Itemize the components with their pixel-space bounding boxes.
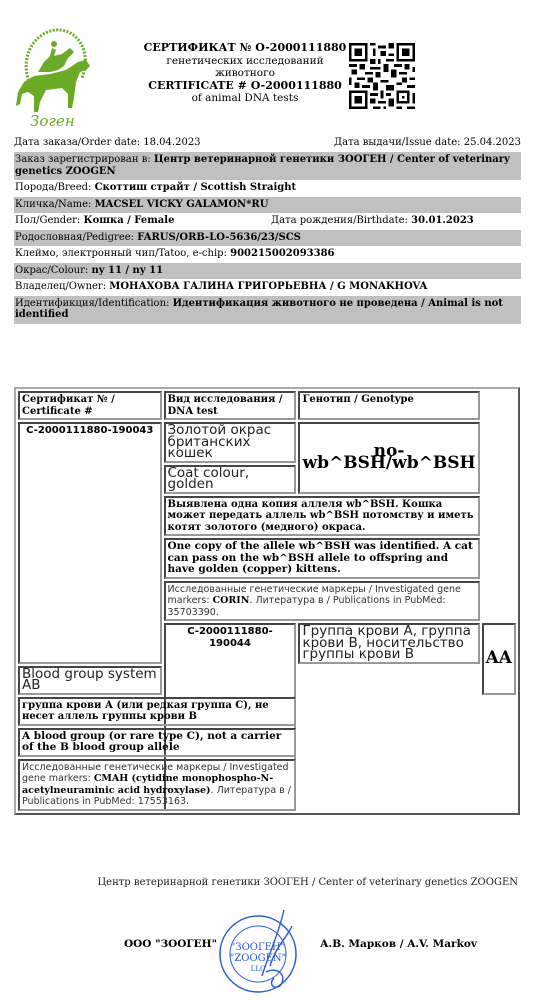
order-date: Дата заказа/Order date: 18.04.2023 [14, 137, 201, 148]
lab-name-footer: Центр ветеринарной генетики ЗООГЕН / Cen… [97, 877, 518, 888]
header-certificate: Сертификат № / Certificate # [18, 391, 162, 420]
test-name-en: Blood group system AB [18, 666, 162, 695]
animal-info: Заказ зарегистрирован в: Центр ветеринар… [14, 152, 521, 324]
table-row: группа крови А (или редкая группа С), не… [18, 697, 516, 726]
test-name-ru: Золотой окрас британских кошек [164, 422, 297, 463]
markers-info: Исследованные генетические маркеры / Inv… [18, 759, 296, 811]
table-row: C-2000111880-190043 Золотой окрас британ… [18, 422, 516, 463]
certificate-number-en: CERTIFICATE # O-2000111880 [135, 80, 355, 93]
owner-row: Владелец/Owner: МОНАХОВА ГАЛИНА ГРИГОРЬЕ… [14, 279, 521, 296]
pedigree-row: Родословная/Pedigree: FARUS/ORB-LO-5636/… [14, 230, 521, 247]
gender-birthdate-row: Пол/Gender: Кошка / Female Дата рождения… [14, 213, 521, 230]
header-genotype: Генотип / Genotype [298, 391, 479, 420]
gender-field: Пол/Gender: Кошка / Female [15, 215, 271, 227]
zoogen-logo-icon: Зоген [10, 22, 100, 132]
header-dna-test: Вид исследования / DNA test [164, 391, 297, 420]
result-en: One copy of the allele wb^BSH was identi… [164, 538, 480, 579]
markers-info: Исследованные генетические маркеры / Inv… [164, 581, 480, 622]
genotype-value: AA [482, 623, 516, 695]
certificate-subtitle-ru-1: генетических исследований [135, 55, 355, 68]
test-name-ru: Группа крови А, группа крови В, носитель… [298, 623, 479, 664]
certificate-header: Зоген СЕРТИФИКАТ № O-2000111880 генетиче… [0, 0, 540, 130]
certificate-number: C-2000111880-190043 [18, 422, 162, 664]
table-row: Исследованные генетические маркеры / Inv… [18, 759, 516, 811]
result-ru: группа крови А (или редкая группа С), не… [18, 697, 296, 726]
colour-row: Окрас/Colour: ny 11 / ny 11 [14, 263, 521, 280]
registered-row: Заказ зарегистрирован в: Центр ветеринар… [14, 152, 521, 180]
result-en: A blood group (or rare type C), not a ca… [18, 728, 296, 757]
identification-row: Идентификция/Identification: Идентификац… [14, 296, 521, 324]
issue-date: Дата выдачи/Issue date: 25.04.2023 [334, 137, 521, 148]
certificate-number-ru: СЕРТИФИКАТ № O-2000111880 [135, 42, 355, 55]
organization-name: ООО "ЗООГЕН" [124, 938, 217, 950]
results-table: Сертификат № / Certificate # Вид исследо… [14, 387, 520, 815]
table-row: A blood group (or rare type C), not a ca… [18, 728, 516, 757]
dates-row: Дата заказа/Order date: 18.04.2023 Дата … [14, 137, 521, 148]
result-ru: Выявлена одна копия аллеля wb^BSH. Кошка… [164, 496, 480, 537]
certificate-title-block: СЕРТИФИКАТ № O-2000111880 генетических и… [135, 42, 355, 105]
qr-code-icon [349, 43, 415, 109]
genotype-value: no-wb^BSH/wb^BSH [298, 422, 479, 494]
svg-text:"ZOOGEN": "ZOOGEN" [230, 953, 287, 964]
name-row: Кличка/Name: MACSEL VICKY GALAMON*RU [14, 197, 521, 214]
official-stamp-icon: "ЗООГЕН" "ZOOGEN" LLC [218, 906, 304, 996]
certificate-subtitle-ru-2: животного [135, 67, 355, 80]
birthdate-field: Дата рождения/Birthdate: 30.01.2023 [271, 215, 474, 227]
breed-row: Порода/Breed: Скоттиш страйт / Scottish … [14, 180, 521, 197]
svg-text:Зоген: Зоген [30, 112, 75, 130]
chip-row: Клеймо, электронный чип/Tatoo, e-chip: 9… [14, 246, 521, 263]
certificate-subtitle-en: of animal DNA tests [135, 92, 355, 105]
table-header-row: Сертификат № / Certificate # Вид исследо… [18, 391, 516, 420]
test-name-en: Coat colour, golden [164, 465, 297, 494]
signer-name: А.В. Марков / A.V. Markov [320, 938, 477, 950]
